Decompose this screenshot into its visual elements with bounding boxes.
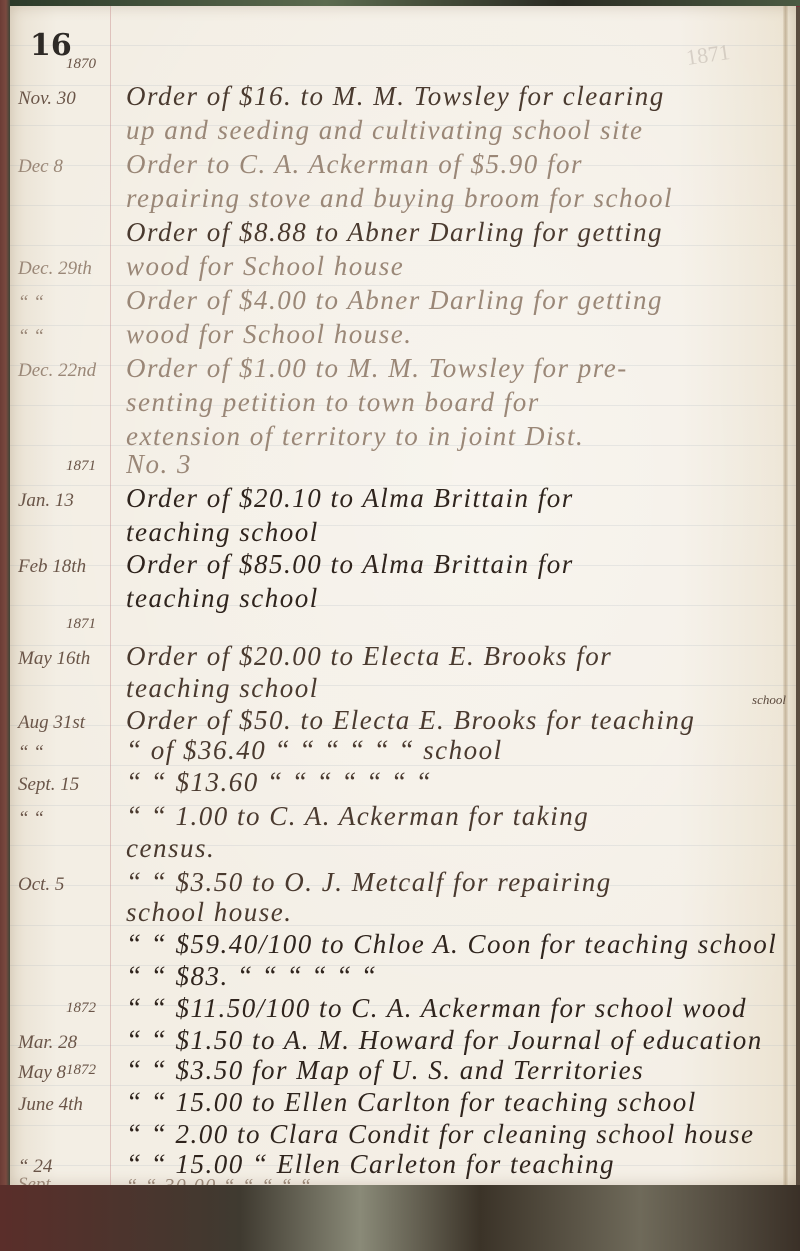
ledger-line: “ “ “ of $36.40 “ “ “ “ “ “ school [10, 732, 796, 768]
book-bottom-edge [0, 1185, 800, 1251]
ledger-line: 1871 Jan. 13 Order of $20.10 to Alma Bri… [10, 480, 796, 516]
entry-text: Order of $20.10 to Alma Brittain for [126, 483, 791, 514]
entry-year: 1871 [66, 616, 96, 633]
entry-text: senting petition to town board for [126, 387, 791, 418]
entry-text: “ “ $11.50/100 to C. A. Ackerman for sch… [126, 993, 791, 1024]
ledger-line: “ “ Order of $4.00 to Abner Darling for … [10, 282, 796, 318]
entry-text: teaching school [126, 673, 791, 704]
entry-date: “ “ [18, 326, 118, 348]
ledger-line: up and seeding and cultivating school si… [10, 112, 796, 148]
ledger-line: “ “ $11.50/100 to C. A. Ackerman for sch… [10, 990, 796, 1026]
ledger-line: teaching school [10, 514, 796, 550]
entry-text: No. 3 [126, 449, 791, 480]
entry-text: Order of $4.00 to Abner Darling for gett… [126, 285, 791, 316]
ledger-line: Feb 18th Order of $85.00 to Alma Brittai… [10, 546, 796, 582]
entry-text: Order of $8.88 to Abner Darling for gett… [126, 217, 791, 248]
ledger-line: 1872 June 4th “ “ 15.00 to Ellen Carlton… [10, 1084, 796, 1120]
entry-text: Order of $85.00 to Alma Brittain for [126, 549, 791, 580]
entry-text: wood for School house. [126, 319, 791, 350]
entry-date: Aug 31st [18, 712, 118, 734]
entry-text: “ “ $59.40/100 to Chloe A. Coon for teac… [126, 929, 791, 960]
entry-text: teaching school [126, 517, 791, 548]
entry-text: repairing stove and buying broom for sch… [126, 183, 791, 214]
entry-date: Dec. 29th [18, 258, 118, 280]
ledger-line: “ “ $59.40/100 to Chloe A. Coon for teac… [10, 926, 796, 962]
entry-date: May 16th [18, 648, 118, 670]
entry-date: Mar. 28 [18, 1032, 118, 1054]
bleed-through-mark: 1871 [684, 39, 731, 71]
entry-text: Order to C. A. Ackerman of $5.90 for [126, 149, 791, 180]
entry-text: Order of $1.00 to M. M. Towsley for pre- [126, 353, 791, 384]
entry-text: census. [126, 833, 791, 864]
ledger-line: “ “ “ “ 1.00 to C. A. Ackerman for takin… [10, 798, 796, 834]
entry-year: 1872 [66, 1000, 96, 1017]
ledger-line: 1870 Nov. 30 Order of $16. to M. M. Tows… [10, 78, 796, 114]
entry-year: 1872 [66, 1062, 96, 1079]
entry-text: “ “ $3.50 for Map of U. S. and Territori… [126, 1055, 791, 1086]
entry-text: teaching school [126, 583, 791, 614]
entry-text: “ “ $13.60 “ “ “ “ “ “ “ [126, 767, 791, 798]
ledger-line: 1871 May 16th Order of $20.00 to Electa … [10, 638, 796, 674]
entry-text: “ “ $83. “ “ “ “ “ “ [126, 961, 791, 992]
entry-date: “ “ [18, 742, 118, 764]
entry-text: “ of $36.40 “ “ “ “ “ “ school [126, 735, 791, 766]
entry-date: Dec 8 [18, 156, 118, 178]
ledger-line: Dec. 29th wood for School house [10, 248, 796, 284]
ledger-line: teaching school [10, 670, 796, 706]
ledger-line: May 8 “ “ $3.50 for Map of U. S. and Ter… [10, 1052, 796, 1088]
entry-date: Feb 18th [18, 556, 118, 578]
entry-date: Sept. 15 [18, 774, 118, 796]
entry-date: Nov. 30 [18, 88, 118, 110]
entry-date: “ “ [18, 808, 118, 830]
entry-date: Jan. 13 [18, 490, 118, 512]
entry-text: Order of $16. to M. M. Towsley for clear… [126, 81, 791, 112]
entry-year: 1870 [66, 56, 96, 73]
ledger-page: 16 1871 1870 Nov. 30 Order of $16. to M.… [10, 6, 796, 1185]
entry-text: wood for School house [126, 251, 791, 282]
ledger-line: Order of $8.88 to Abner Darling for gett… [10, 214, 796, 250]
ledger-line: repairing stove and buying broom for sch… [10, 180, 796, 216]
ledger-line: No. 3 [10, 446, 796, 482]
entry-note: school [752, 692, 786, 708]
ledger-line: teaching school [10, 580, 796, 616]
entry-text: up and seeding and cultivating school si… [126, 115, 791, 146]
entry-date: Oct. 5 [18, 874, 118, 896]
entry-text: “ “ 15.00 to Ellen Carlton for teaching … [126, 1087, 791, 1118]
ledger-line: Sept. 15 “ “ $13.60 “ “ “ “ “ “ “ [10, 764, 796, 800]
ledger-line: “ “ wood for School house. [10, 316, 796, 352]
entry-text: “ “ 1.00 to C. A. Ackerman for taking [126, 801, 791, 832]
entry-date: “ “ [18, 292, 118, 314]
ledger-book: 16 1871 1870 Nov. 30 Order of $16. to M.… [0, 0, 800, 1251]
entry-text: school house. [126, 897, 791, 928]
ledger-line: school house. [10, 894, 796, 930]
entry-date: Dec. 22nd [18, 360, 118, 382]
entry-date: June 4th [18, 1094, 118, 1116]
ledger-line: senting petition to town board for [10, 384, 796, 420]
entry-year: 1871 [66, 458, 96, 475]
ledger-line: Dec 8 Order to C. A. Ackerman of $5.90 f… [10, 146, 796, 182]
ledger-line: census. [10, 830, 796, 866]
ledger-line: “ “ $83. “ “ “ “ “ “ [10, 958, 796, 994]
ledger-line: Dec. 22nd Order of $1.00 to M. M. Towsle… [10, 350, 796, 386]
entry-text: Order of $20.00 to Electa E. Brooks for [126, 641, 791, 672]
